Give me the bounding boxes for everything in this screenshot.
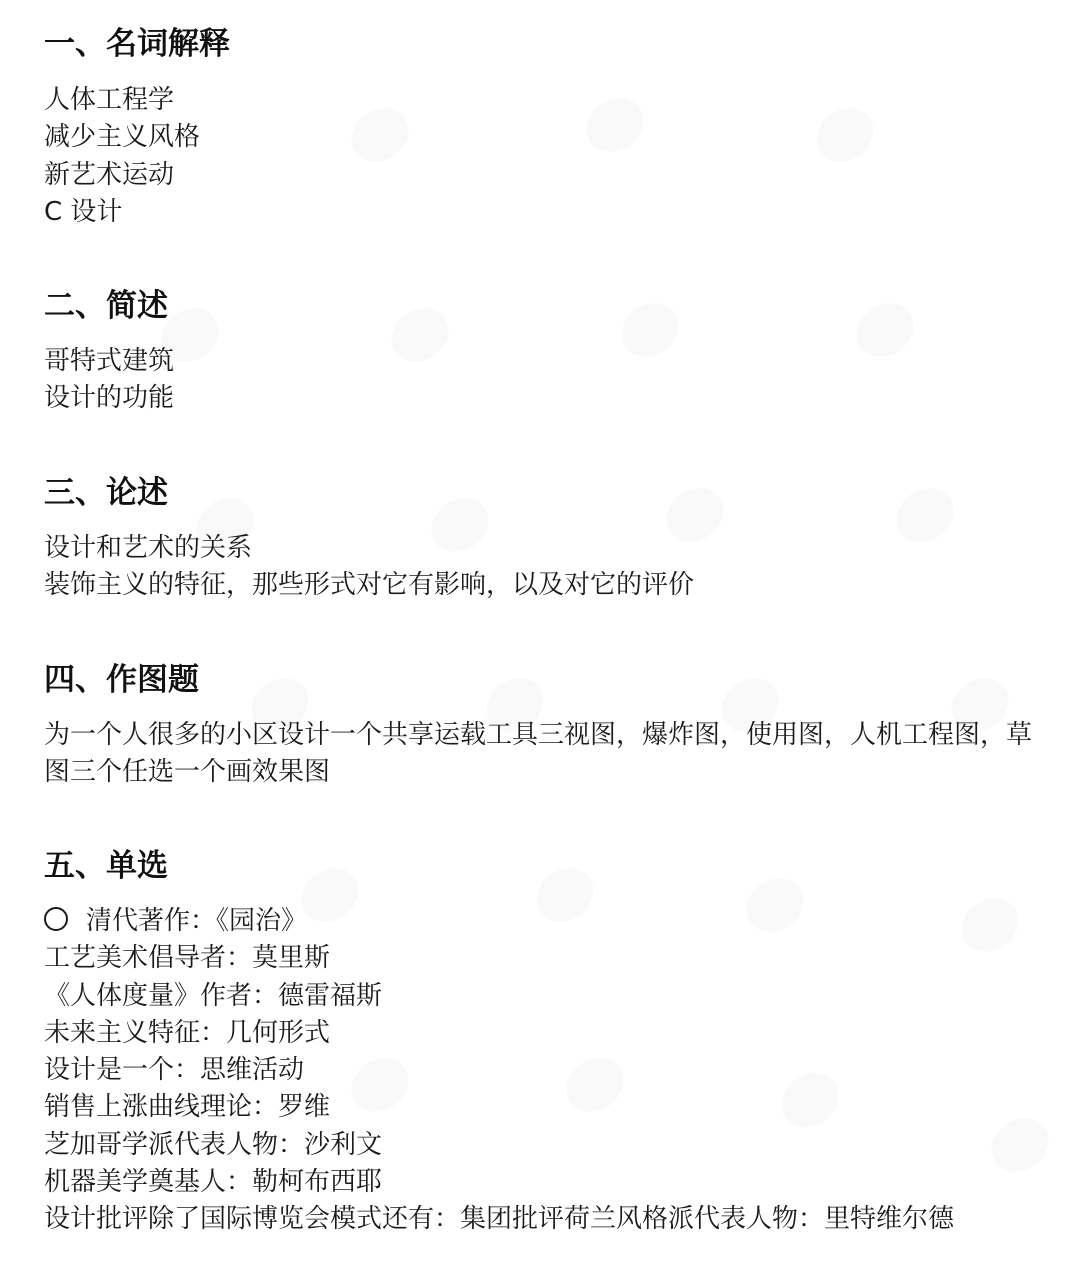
list-item: 未来主义特征：几何形式 [44,1015,1044,1052]
list-item: 工艺美术倡导者：莫里斯 [44,940,1044,977]
short-answer-list: 哥特式建筑 设计的功能 [44,343,1044,418]
single-choice-list: 清代著作：《园治》 工艺美术倡导者：莫里斯 《人体度量》作者：德雷福斯 未来主义… [44,903,1044,1239]
section-title-single-choice: 五、单选 [44,846,168,886]
terms-list: 人体工程学 减少主义风格 新艺术运动 C 设计 [44,82,1044,231]
section-title-drawing: 四、作图题 [44,660,199,700]
list-item: 设计的功能 [44,380,1044,417]
section-title-essay: 三、论述 [44,473,168,513]
list-item: 减少主义风格 [44,119,1044,156]
list-item: 哥特式建筑 [44,343,1044,380]
section-title-terms: 一、名词解释 [44,24,230,64]
list-item: 人体工程学 [44,82,1044,119]
list-item: 《人体度量》作者：德雷福斯 [44,978,1044,1015]
list-item: 设计是一个：思维活动 [44,1052,1044,1089]
section-title-short-answer: 二、简述 [44,286,168,326]
list-item: 清代著作：《园治》 [44,903,1044,940]
list-item-text: 清代著作：《园治》 [86,906,307,936]
list-item: 新艺术运动 [44,157,1044,194]
essay-list: 设计和艺术的关系 装饰主义的特征，那些形式对它有影响，以及对它的评价 [44,530,1044,605]
list-item: 设计批评除了国际博览会模式还有：集团批评荷兰风格派代表人物：里特维尔德 [44,1201,1044,1238]
drawing-list: 为一个人很多的小区设计一个共享运载工具三视图，爆炸图，使用图，人机工程图，草图三… [44,717,1044,792]
list-item: 销售上涨曲线理论：罗维 [44,1089,1044,1126]
circle-bullet-icon [44,907,68,931]
list-item: 设计和艺术的关系 [44,530,1044,567]
list-item: 装饰主义的特征，那些形式对它有影响，以及对它的评价 [44,567,1044,604]
list-item: 机器美学奠基人：勒柯布西耶 [44,1164,1044,1201]
list-item: 为一个人很多的小区设计一个共享运载工具三视图，爆炸图，使用图，人机工程图，草图三… [44,717,1044,792]
list-item: 芝加哥学派代表人物：沙利文 [44,1127,1044,1164]
list-item: C 设计 [44,194,1044,231]
